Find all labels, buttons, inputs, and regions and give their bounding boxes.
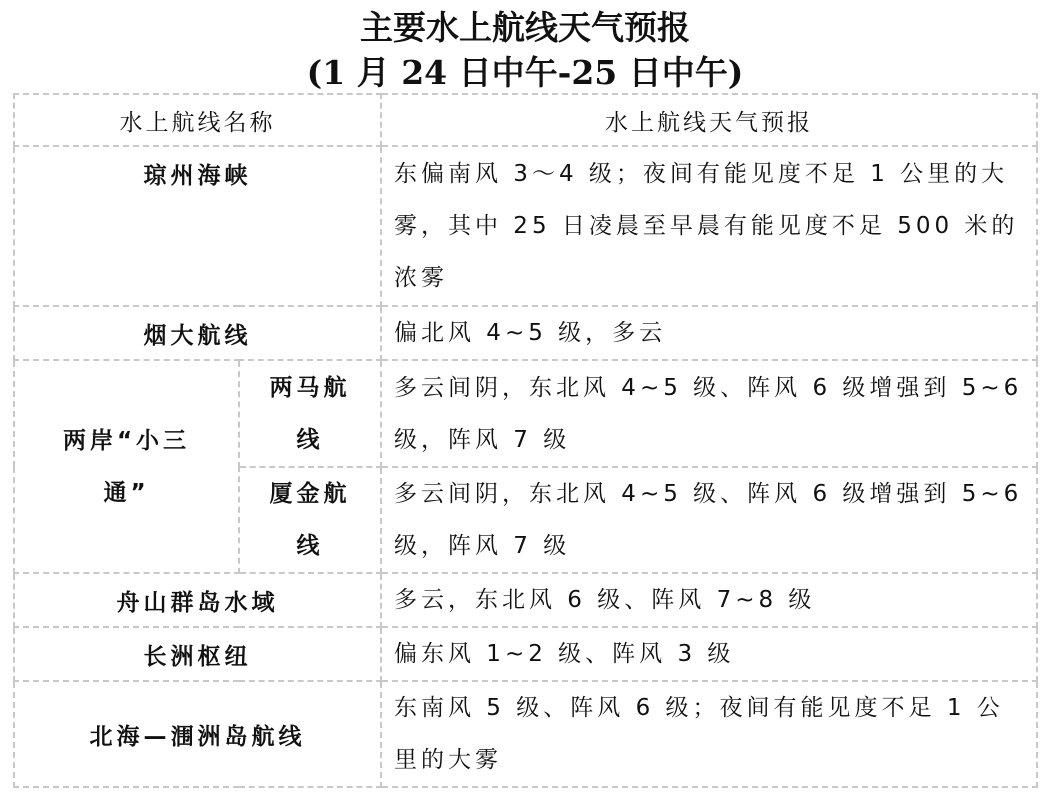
route-name: 北海—涠洲岛航线	[14, 681, 381, 787]
table-row: 两岸“小三通” 两马航线 多云间阴，东北风 4~5 级、阵风 6 级增强到 5~…	[14, 360, 1037, 467]
route-forecast: 偏北风 4~5 级，多云	[381, 306, 1037, 360]
route-name: 厦金航线	[239, 467, 381, 573]
table-row: 舟山群岛水域 多云，东北风 6 级、阵风 7~8 级	[14, 573, 1037, 627]
table-row: 北海—涠洲岛航线 东南风 5 级、阵风 6 级；夜间有能见度不足 1 公里的大雾	[14, 681, 1037, 787]
route-forecast: 偏东风 1~2 级、阵风 3 级	[381, 627, 1037, 681]
forecast-table: 水上航线名称 水上航线天气预报 琼州海峡 东偏南风 3～4 级；夜间有能见度不足…	[13, 93, 1038, 788]
page-title: 主要水上航线天气预报	[0, 2, 1050, 49]
header-route-name: 水上航线名称	[14, 94, 381, 146]
route-forecast: 东南风 5 级、阵风 6 级；夜间有能见度不足 1 公里的大雾	[381, 681, 1037, 787]
table-row: 琼州海峡 东偏南风 3～4 级；夜间有能见度不足 1 公里的大雾，其中 25 日…	[14, 146, 1037, 306]
route-forecast: 多云间阴，东北风 4~5 级、阵风 6 级增强到 5~6 级，阵风 7 级	[381, 467, 1037, 573]
forecast-period: (1 月 24 日中午-25 日中午)	[0, 47, 1050, 94]
route-name: 两马航线	[239, 360, 381, 467]
route-forecast: 东偏南风 3～4 级；夜间有能见度不足 1 公里的大雾，其中 25 日凌晨至早晨…	[381, 146, 1037, 306]
route-name: 烟大航线	[14, 306, 381, 360]
route-forecast: 多云，东北风 6 级、阵风 7~8 级	[381, 573, 1037, 627]
table-row: 烟大航线 偏北风 4~5 级，多云	[14, 306, 1037, 360]
route-name: 舟山群岛水域	[14, 573, 381, 627]
route-group-name: 两岸“小三通”	[14, 360, 239, 573]
table-row: 长洲枢纽 偏东风 1~2 级、阵风 3 级	[14, 627, 1037, 681]
header-forecast: 水上航线天气预报	[381, 94, 1037, 146]
route-name: 琼州海峡	[14, 146, 381, 306]
route-forecast: 多云间阴，东北风 4~5 级、阵风 6 级增强到 5~6 级，阵风 7 级	[381, 360, 1037, 467]
table-header-row: 水上航线名称 水上航线天气预报	[14, 94, 1037, 146]
route-name: 长洲枢纽	[14, 627, 381, 681]
